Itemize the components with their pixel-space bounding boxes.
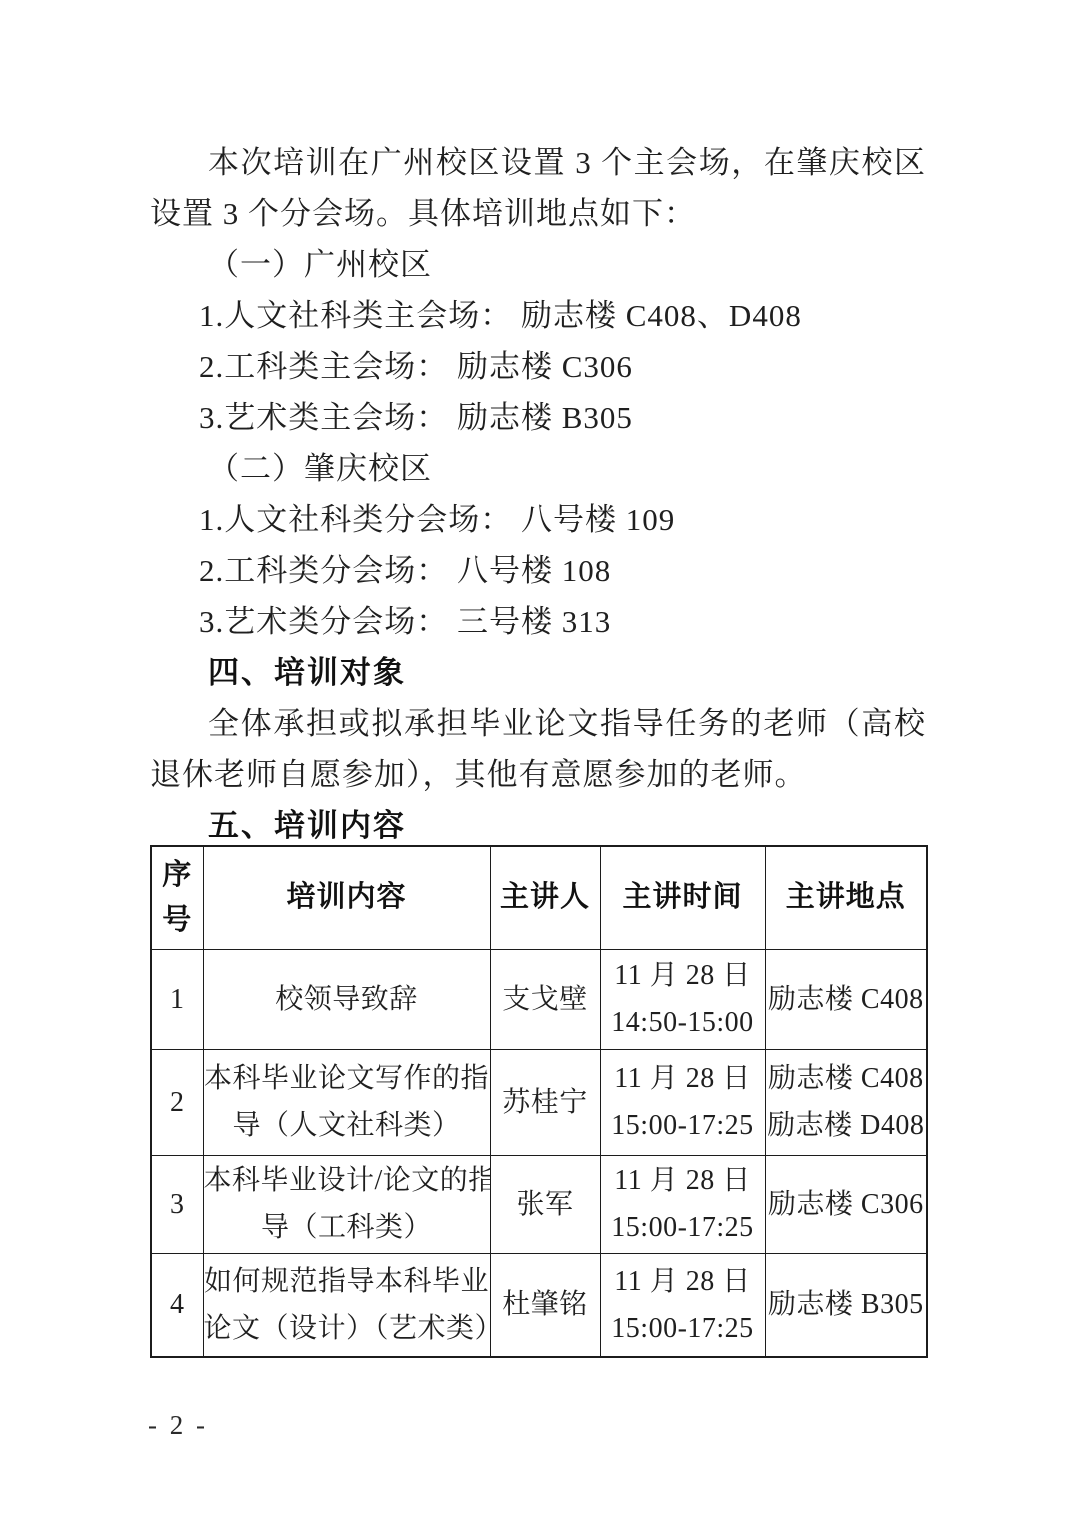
- content-line: 本科毕业论文写作的指: [204, 1055, 490, 1102]
- time-line: 15:00-17:25: [601, 1102, 765, 1149]
- venue-item: 2.工科类分会场： 八号楼 108: [150, 545, 926, 596]
- document-page: 本次培训在广州校区设置 3 个主会场，在肇庆校区设置 3 个分会场。具体培训地点…: [0, 0, 1080, 1527]
- venue-item: 1.人文社科类主会场： 励志楼 C408、D408: [150, 290, 926, 341]
- time-line: 14:50-15:00: [601, 999, 765, 1046]
- cell-no: 1: [151, 949, 203, 1049]
- cell-content: 如何规范指导本科毕业 论文（设计）（艺术类）: [203, 1253, 490, 1357]
- cell-speaker: 杜肇铭: [490, 1253, 600, 1357]
- cell-location: 励志楼 C408 励志楼 D408: [765, 1049, 927, 1155]
- cell-time: 11 月 28 日 15:00-17:25: [600, 1049, 765, 1155]
- campus-section-zhaoqing-heading: （二）肇庆校区: [150, 443, 926, 494]
- table-header-row: 序号 培训内容 主讲人 主讲时间 主讲地点: [151, 846, 927, 949]
- time-line: 15:00-17:25: [601, 1305, 765, 1352]
- header-no: 序号: [151, 846, 203, 949]
- venue-item: 3.艺术类分会场： 三号楼 313: [150, 596, 926, 647]
- campus-section-guangzhou-heading: （一）广州校区: [150, 239, 926, 290]
- header-location: 主讲地点: [765, 846, 927, 949]
- content-line: 论文（设计）（艺术类）: [204, 1305, 490, 1352]
- document-body: 本次培训在广州校区设置 3 个主会场，在肇庆校区设置 3 个分会场。具体培训地点…: [150, 137, 926, 1358]
- training-target-paragraph: 全体承担或拟承担毕业论文指导任务的老师（高校退休老师自愿参加），其他有意愿参加的…: [150, 698, 926, 800]
- table-row: 4 如何规范指导本科毕业 论文（设计）（艺术类） 杜肇铭 11 月 28 日 1…: [151, 1253, 927, 1357]
- section-heading-training-target: 四、培训对象: [150, 647, 926, 698]
- time-line: 15:00-17:25: [601, 1204, 765, 1251]
- cell-content: 校领导致辞: [203, 949, 490, 1049]
- content-line: 导（工科类）: [204, 1204, 490, 1251]
- table-row: 3 本科毕业设计/论文的指 导（工科类） 张军 11 月 28 日 15:00-…: [151, 1155, 927, 1253]
- table-row: 1 校领导致辞 支戈壁 11 月 28 日 14:50-15:00 励志楼 C4…: [151, 949, 927, 1049]
- venue-item: 2.工科类主会场： 励志楼 C306: [150, 341, 926, 392]
- table-row: 2 本科毕业论文写作的指 导（人文社科类） 苏桂宁 11 月 28 日 15:0…: [151, 1049, 927, 1155]
- location-line: 励志楼 D408: [766, 1102, 927, 1149]
- cell-no: 3: [151, 1155, 203, 1253]
- cell-content: 本科毕业论文写作的指 导（人文社科类）: [203, 1049, 490, 1155]
- content-line: 校领导致辞: [204, 976, 490, 1023]
- content-line: 如何规范指导本科毕业: [204, 1258, 490, 1305]
- content-line: 导（人文社科类）: [204, 1102, 490, 1149]
- venue-item: 3.艺术类主会场： 励志楼 B305: [150, 392, 926, 443]
- cell-time: 11 月 28 日 14:50-15:00: [600, 949, 765, 1049]
- section-heading-training-content: 五、培训内容: [150, 800, 926, 851]
- content-line: 本科毕业设计/论文的指: [204, 1157, 490, 1204]
- cell-location: 励志楼 B305: [765, 1253, 927, 1357]
- time-line: 11 月 28 日: [601, 1055, 765, 1102]
- cell-content: 本科毕业设计/论文的指 导（工科类）: [203, 1155, 490, 1253]
- cell-location: 励志楼 C408: [765, 949, 927, 1049]
- header-time: 主讲时间: [600, 846, 765, 949]
- location-line: 励志楼 B305: [766, 1281, 927, 1328]
- cell-time: 11 月 28 日 15:00-17:25: [600, 1253, 765, 1357]
- location-line: 励志楼 C408: [766, 1055, 927, 1102]
- cell-no: 2: [151, 1049, 203, 1155]
- time-line: 11 月 28 日: [601, 1258, 765, 1305]
- venue-item: 1.人文社科类分会场： 八号楼 109: [150, 494, 926, 545]
- cell-location: 励志楼 C306: [765, 1155, 927, 1253]
- cell-no: 4: [151, 1253, 203, 1357]
- cell-speaker: 苏桂宁: [490, 1049, 600, 1155]
- location-line: 励志楼 C306: [766, 1181, 927, 1228]
- training-schedule-table: 序号 培训内容 主讲人 主讲时间 主讲地点 1 校领导致辞 支戈壁 11 月 2…: [150, 845, 928, 1358]
- cell-speaker: 支戈壁: [490, 949, 600, 1049]
- time-line: 11 月 28 日: [601, 952, 765, 999]
- location-line: 励志楼 C408: [766, 976, 927, 1023]
- cell-time: 11 月 28 日 15:00-17:25: [600, 1155, 765, 1253]
- header-speaker: 主讲人: [490, 846, 600, 949]
- cell-speaker: 张军: [490, 1155, 600, 1253]
- intro-paragraph: 本次培训在广州校区设置 3 个主会场，在肇庆校区设置 3 个分会场。具体培训地点…: [150, 137, 926, 239]
- page-number: - 2 -: [148, 1410, 208, 1441]
- time-line: 11 月 28 日: [601, 1157, 765, 1204]
- header-content: 培训内容: [203, 846, 490, 949]
